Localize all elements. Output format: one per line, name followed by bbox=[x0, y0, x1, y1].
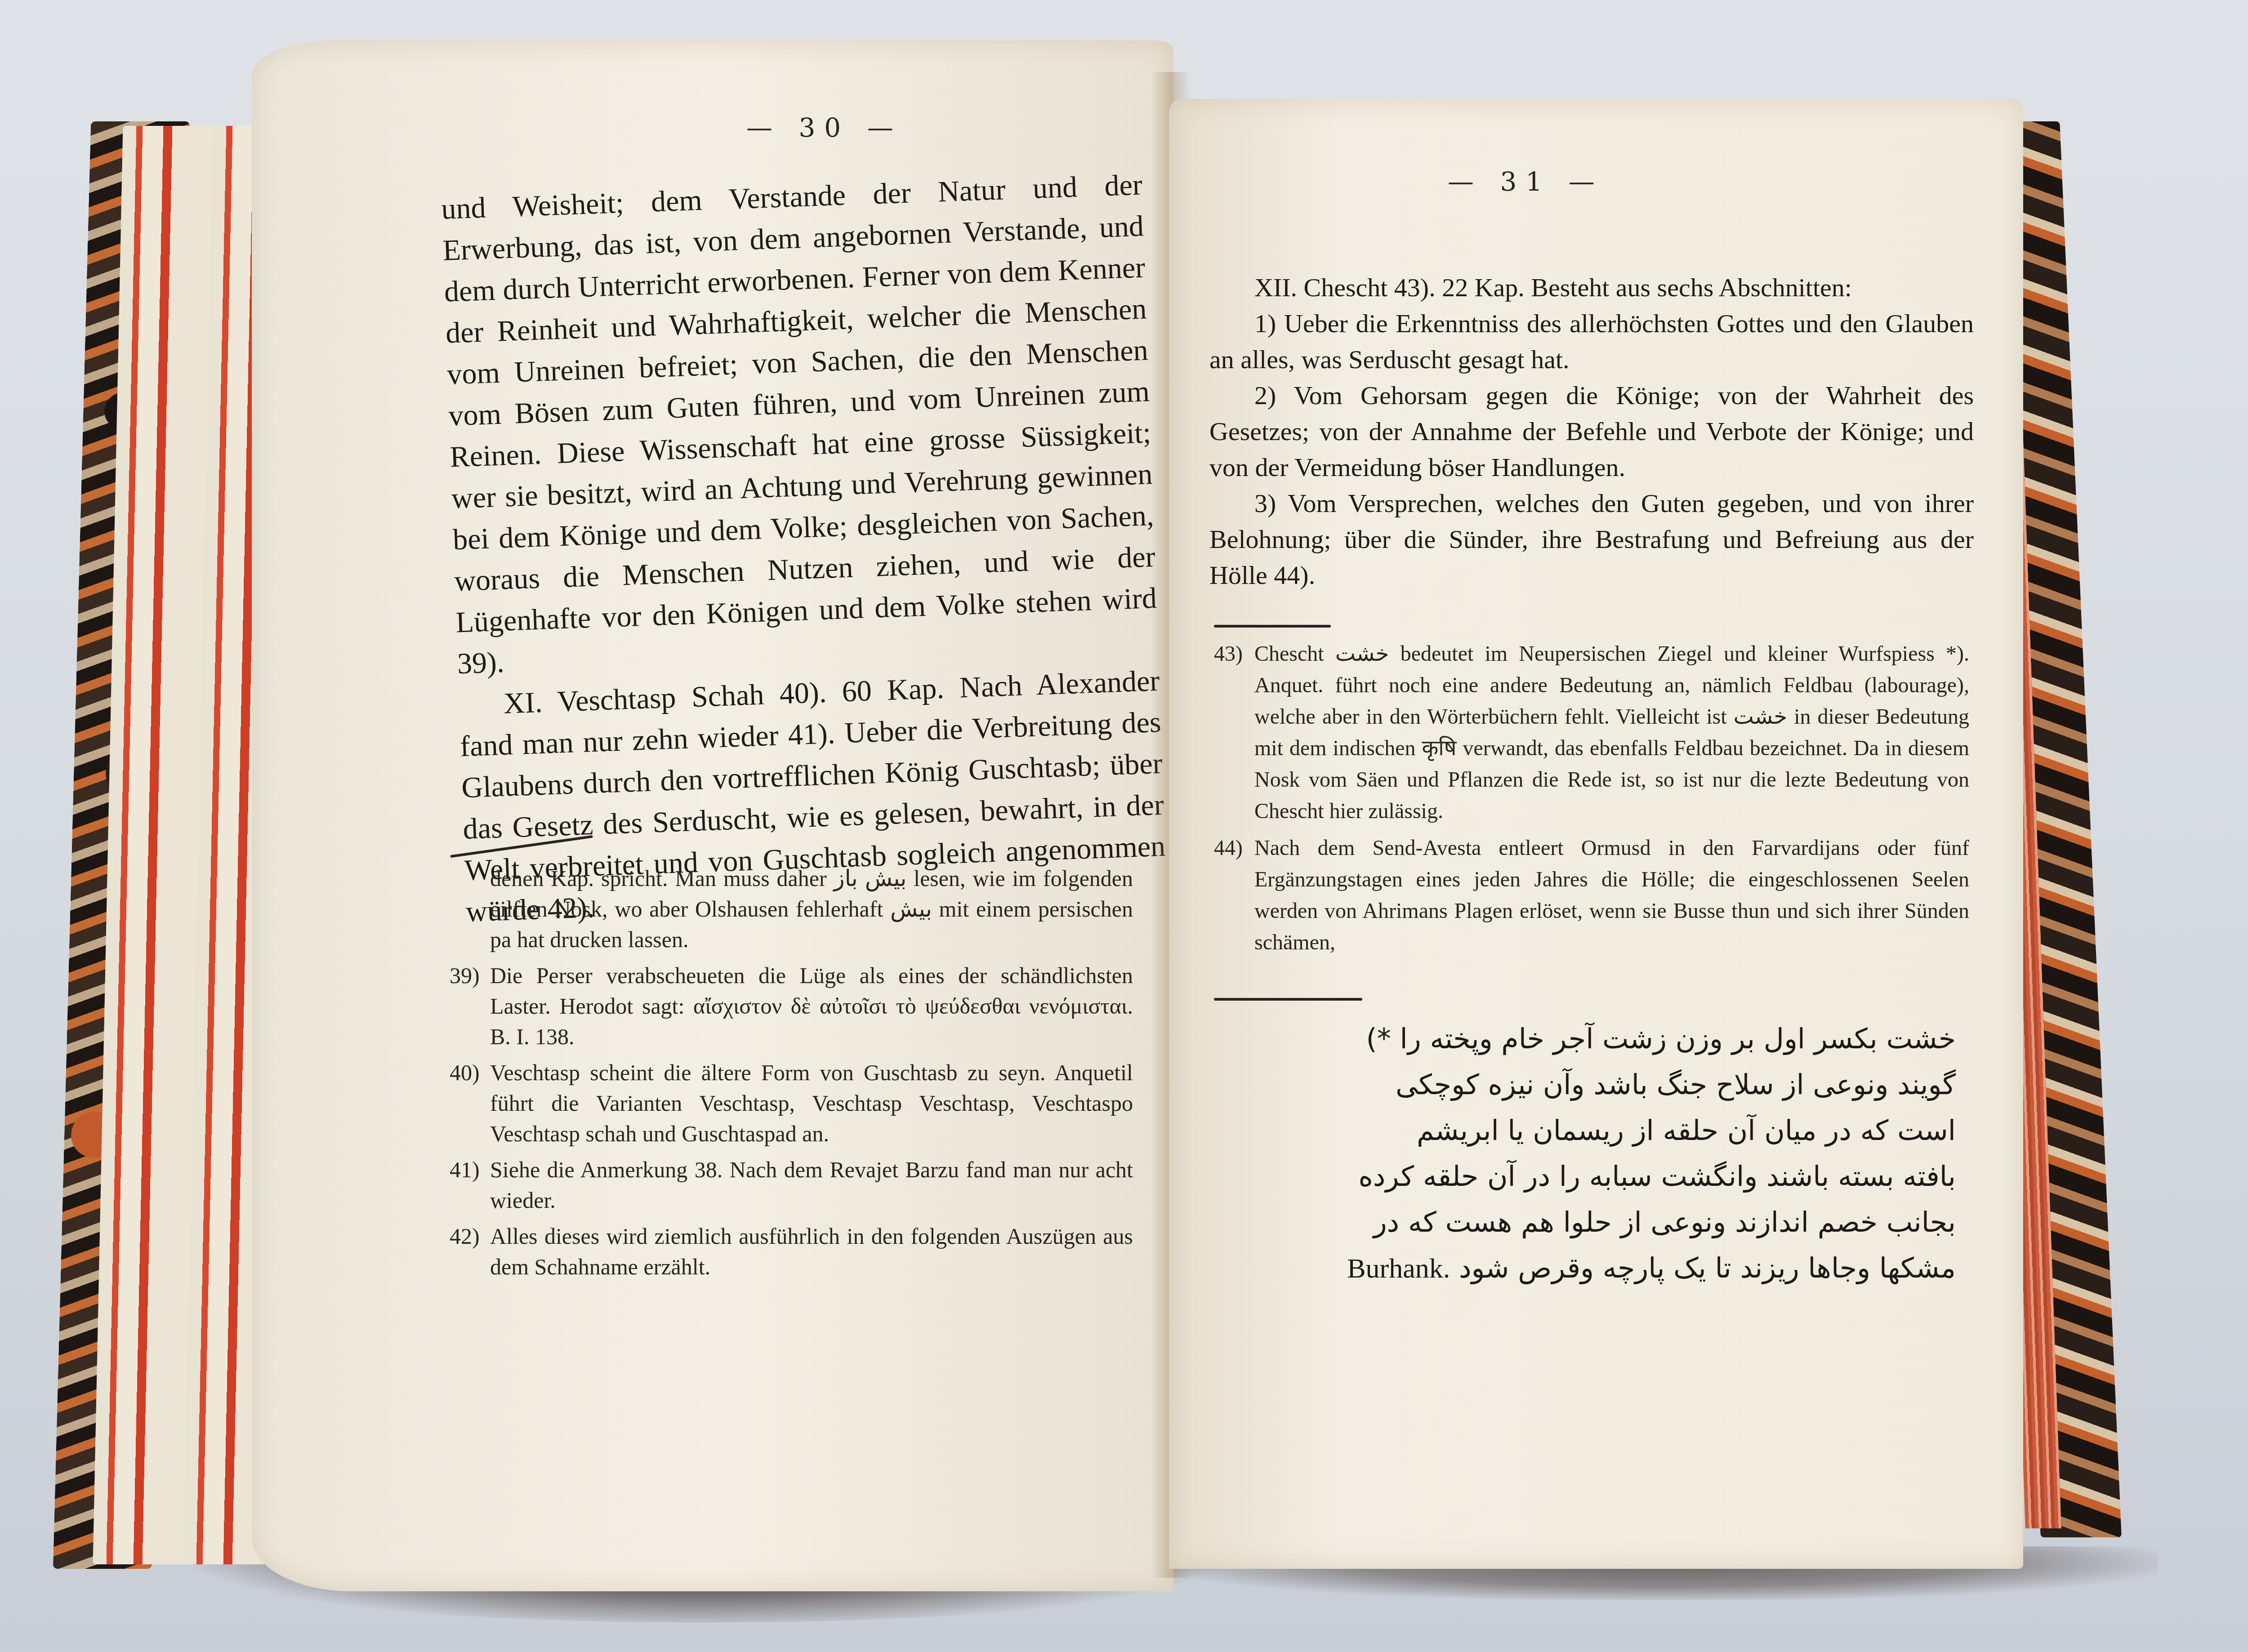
footnotes: 43) Chescht خشت bedeutet im Neupersische… bbox=[1214, 638, 1969, 964]
persian-line: بجانب خصم اندازند ونوعی از حلوا هم هست ک… bbox=[1236, 1199, 1956, 1245]
persian-footnote: خشت بکسر اول بر وزن زشت آجر خام وپخته را… bbox=[1236, 1016, 1956, 1291]
left-page: — 30 — und Weisheit; dem Verstande der N… bbox=[252, 40, 1173, 1591]
right-page: — 31 — XII. Chescht 43). 22 Kap. Besteht… bbox=[1169, 99, 2023, 1569]
footnote-40: 40) Veschtasp scheint die ältere Form vo… bbox=[450, 1057, 1133, 1149]
main-text: und Weisheit; dem Verstande der Natur un… bbox=[441, 165, 1168, 933]
paragraph: und Weisheit; dem Verstande der Natur un… bbox=[441, 165, 1159, 685]
footnote-rule bbox=[1214, 625, 1331, 628]
footnotes: denen Kap. spricht. Man muss daher بیش ب… bbox=[450, 863, 1133, 1287]
footnote-41: 41) Siehe die Anmerkung 38. Nach dem Rev… bbox=[450, 1154, 1133, 1216]
footnote-39: 39) Die Perser verabscheueten die Lüge a… bbox=[450, 960, 1133, 1052]
list-item-3: 3) Vom Versprechen, welches den Guten ge… bbox=[1209, 485, 1974, 593]
subfootnote-rule bbox=[1214, 998, 1362, 1001]
page-number: — 31 — bbox=[1448, 166, 1604, 197]
footnote-44: 44) Nach dem Send-Avesta entleert Ormusd… bbox=[1214, 833, 1969, 958]
persian-line: گویند ونوعی از سلاح جنگ باشد وآن نیزه کو… bbox=[1236, 1062, 1956, 1108]
footnote-43: 43) Chescht خشت bedeutet im Neupersische… bbox=[1214, 638, 1969, 827]
list-item-1: 1) Ueber die Erkenntniss des allerhöchst… bbox=[1209, 306, 1974, 378]
footnote-continued: denen Kap. spricht. Man muss daher بیش ب… bbox=[450, 863, 1133, 955]
list-item-2: 2) Vom Gehorsam gegen die Könige; von de… bbox=[1209, 378, 1974, 485]
main-text: XII. Chescht 43). 22 Kap. Besteht aus se… bbox=[1209, 270, 1974, 593]
page-number: — 30 — bbox=[746, 112, 902, 143]
persian-line: بافته بسته باشند وانگشت سبابه را در آن ح… bbox=[1236, 1153, 1956, 1199]
persian-line: مشکها وجاها ریزند تا یک پارچه وقرص شود B… bbox=[1236, 1245, 1956, 1291]
source-citation: Burhank. bbox=[1347, 1253, 1450, 1284]
persian-line: است که در میان آن حلقه از ریسمان یا ابری… bbox=[1236, 1108, 1956, 1153]
paragraph-section-xii: XII. Chescht 43). 22 Kap. Besteht aus se… bbox=[1209, 270, 1974, 306]
footnote-42: 42) Alles dieses wird ziemlich ausführli… bbox=[450, 1221, 1133, 1282]
persian-line: خشت بکسر اول بر وزن زشت آجر خام وپخته را… bbox=[1236, 1016, 1956, 1062]
